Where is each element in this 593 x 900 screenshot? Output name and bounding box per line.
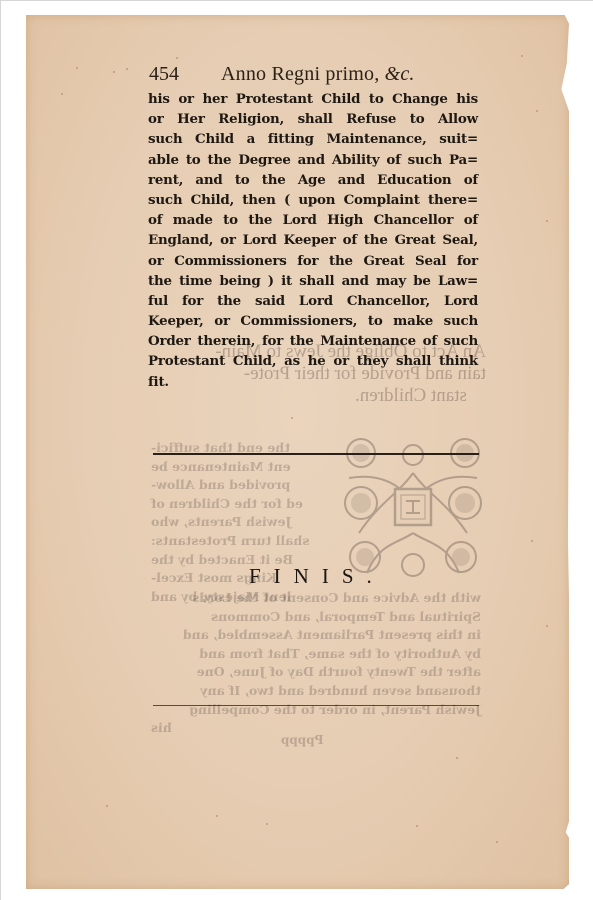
finis-colophon: FINIS. (249, 564, 385, 589)
running-head-title: Anno Regni primo, &c. (221, 63, 415, 86)
horizontal-rule (153, 453, 479, 455)
show-through-line: after the Twenty fourth Day of June, One (151, 663, 481, 682)
woodcut-ornament-icon (339, 433, 487, 581)
text-line: England, or Lord Keeper of the Great Sea… (148, 230, 478, 250)
show-through-line: ent Maintenance be (151, 458, 331, 477)
text-line: able to the Degree and Ability of such P… (148, 150, 478, 170)
text-line: his or her Protestant Child to Change hi… (148, 89, 478, 109)
running-head-etc: &c. (385, 63, 415, 85)
page-number: 454 (149, 63, 179, 86)
show-through-line: shall turn Protestants: (151, 532, 331, 551)
text-line: such Child, then ( upon Complaint there= (148, 190, 478, 210)
show-through-body: with the Advice and Consent of the Lords… (151, 589, 481, 738)
horizontal-rule (153, 705, 479, 706)
text-line: Keeper, or Commissioners, to make such (148, 311, 478, 331)
show-through-line: in this present Parliament Assembled, an… (151, 626, 481, 645)
text-line: the time being ) it shall and may be Law… (148, 271, 478, 291)
running-head-text: Anno Regni primo, (221, 63, 379, 85)
show-through-signature-mark: Ppppp (281, 731, 324, 750)
text-line: or Her Religion, shall Refuse to Allow (148, 109, 478, 129)
text-line: fit. (148, 372, 478, 392)
show-through-line: with the Advice and Consent of the Lords (151, 589, 481, 608)
running-header: 454 Anno Regni primo, &c. (149, 63, 479, 87)
text-line: Order therein, for the Maintenance of su… (148, 331, 478, 351)
show-through-line: Jewish Parent, in order to the Compellin… (151, 701, 481, 720)
statute-text: his or her Protestant Child to Change hi… (148, 89, 478, 392)
text-line: ful for the said Lord Chancellor, Lord (148, 291, 478, 311)
text-line: such Child a fitting Maintenance, suit= (148, 129, 478, 149)
show-through-line: provided and Allow- (151, 476, 331, 495)
show-through-line: ed for the Children of (151, 495, 331, 514)
show-through-line: by Authority of the same, That from and (151, 645, 481, 664)
text-line: rent, and to the Age and Education of (148, 170, 478, 190)
text-line: of made to the Lord High Chancellor of (148, 210, 478, 230)
show-through-line: thousand seven hundred and two, If any (151, 682, 481, 701)
text-line: or Commissioners for the Great Seal for (148, 251, 478, 271)
show-through-line: Jewish Parents, who (151, 513, 331, 532)
show-through-line: Spiritual and Temporal, and Commons (151, 608, 481, 627)
text-line: Protestant Child, as he or they shall th… (148, 351, 478, 371)
